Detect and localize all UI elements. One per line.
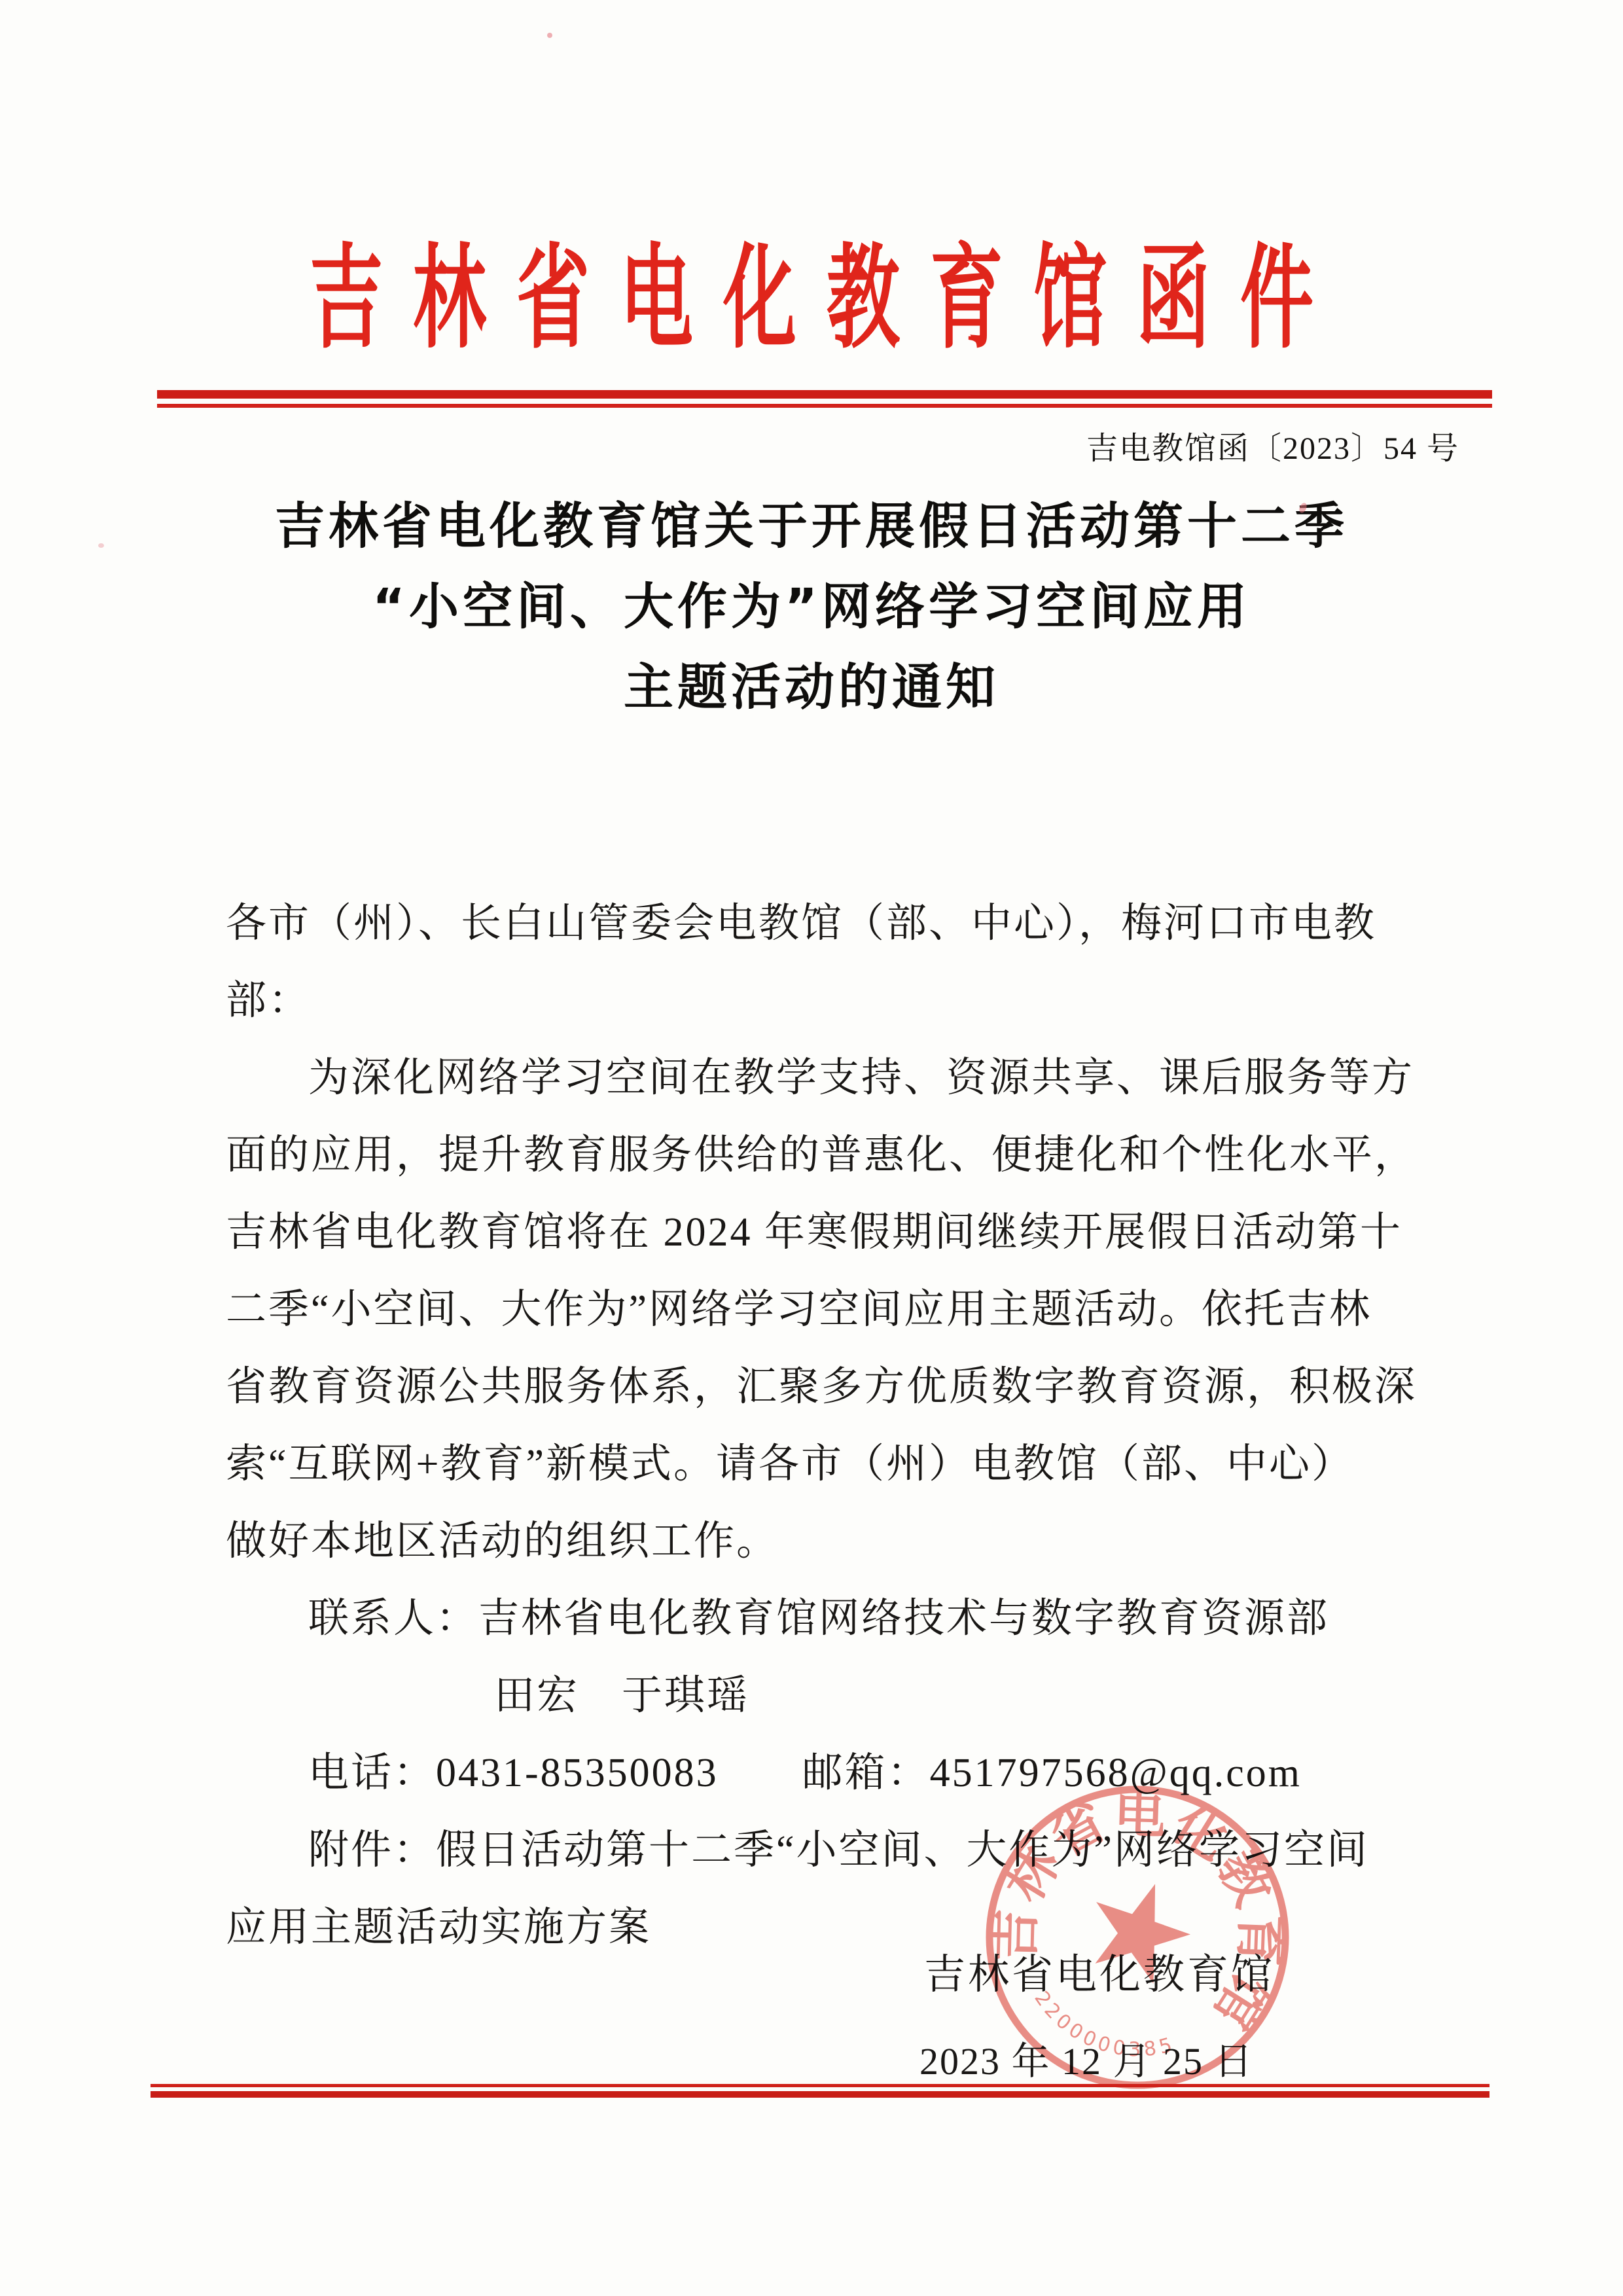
scan-speck bbox=[98, 543, 104, 548]
body-line-para1-4: 二季“小空间、大作为”网络学习空间应用主题活动。依托吉林 bbox=[226, 1271, 1404, 1348]
official-seal: 吉林省电化教育馆 2200000385 bbox=[976, 1782, 1298, 2097]
body-line-para1-6: 索“互联网+教育”新模式。请各市（州）电教馆（部、中心） bbox=[226, 1426, 1404, 1503]
document-title-line1: 吉林省电化教育馆关于开展假日活动第十二季 bbox=[0, 486, 1623, 566]
letterhead-rule bbox=[157, 390, 1492, 408]
body-line-salutation-2: 部： bbox=[226, 962, 1404, 1039]
body-line-para1-5: 省教育资源公共服务体系，汇聚多方优质数字教育资源，积极深 bbox=[226, 1348, 1404, 1426]
letterhead-rule-thin bbox=[157, 404, 1492, 408]
letterhead-rule-thick bbox=[157, 390, 1492, 399]
document-title-line2: “小空间、大作为”网络学习空间应用 bbox=[0, 566, 1623, 647]
letterhead-title: 吉林省电化教育馆函件 bbox=[0, 208, 1623, 370]
document-number: 吉电教馆函〔2023〕54 号 bbox=[1086, 423, 1459, 468]
scanned-official-letter: 吉林省电化教育馆函件 吉电教馆函〔2023〕54 号 吉林省电化教育馆关于开展假… bbox=[0, 0, 1623, 2296]
contact-phone: 电话：0431-85350083 bbox=[308, 1751, 719, 1795]
document-title: 吉林省电化教育馆关于开展假日活动第十二季 “小空间、大作为”网络学习空间应用 主… bbox=[0, 486, 1623, 727]
scan-speck bbox=[547, 33, 552, 38]
body-line-contact-person: 联系人：吉林省电化教育馆网络技术与数字教育资源部 bbox=[226, 1580, 1404, 1657]
body-line-para1-7: 做好本地区活动的组织工作。 bbox=[226, 1503, 1404, 1580]
body-line-salutation-1: 各市（州）、长白山管委会电教馆（部、中心），梅河口市电教 bbox=[226, 885, 1404, 962]
body-line-para1-3: 吉林省电化教育馆将在 2024 年寒假期间继续开展假日活动第十 bbox=[226, 1194, 1404, 1271]
document-title-line3: 主题活动的通知 bbox=[0, 647, 1623, 727]
footer-rule bbox=[151, 2084, 1489, 2098]
footer-rule-thick bbox=[151, 2091, 1489, 2098]
body-line-para1-1: 为深化网络学习空间在教学支持、资源共享、课后服务等方 bbox=[226, 1039, 1404, 1117]
seal-star-icon bbox=[1077, 1868, 1202, 1990]
body-line-contact-names: 田宏 于琪瑶 bbox=[226, 1657, 1404, 1734]
body-line-para1-2: 面的应用，提升教育服务供给的普惠化、便捷化和个性化水平， bbox=[226, 1117, 1404, 1194]
